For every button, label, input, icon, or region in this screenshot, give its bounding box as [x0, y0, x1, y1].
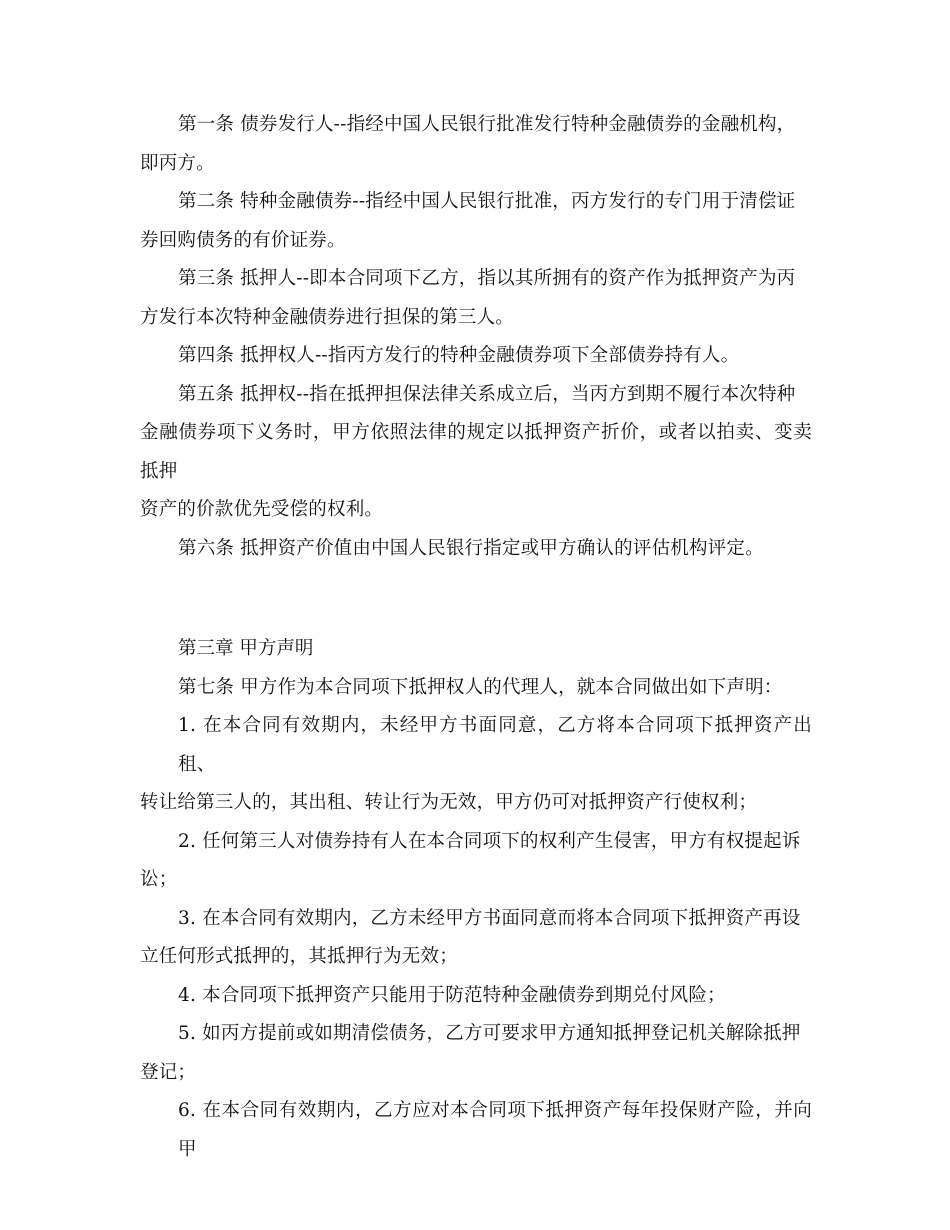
- article-1: 第一条 债券发行人--指经中国人民银行批准发行特种金融债券的金融机构， 即丙方。: [140, 106, 812, 183]
- article-5: 第五条 抵押权--指在抵押担保法律关系成立后，当丙方到期不履行本次特种 金融债券…: [140, 376, 812, 530]
- paragraph-line: 方发行本次特种金融债券进行担保的第三人。: [140, 299, 812, 338]
- paragraph-line: 3. 在本合同有效期内，乙方未经甲方书面同意而将本合同项下抵押资产再设: [140, 900, 812, 939]
- paragraph-line: 5. 如丙方提前或如期清偿债务，乙方可要求甲方通知抵押登记机关解除抵押: [140, 1015, 812, 1054]
- paragraph-line: 即丙方。: [140, 145, 812, 184]
- paragraph-line: 立任何形式抵押的，其抵押行为无效；: [140, 938, 812, 977]
- document-page: 第一条 债券发行人--指经中国人民银行批准发行特种金融债券的金融机构， 即丙方。…: [140, 106, 812, 1169]
- list-item-2: 2. 任何第三人对债券持有人在本合同项下的权利产生侵害，甲方有权提起诉 讼；: [140, 823, 812, 900]
- article-3: 第三条 抵押人--即本合同项下乙方，指以其所拥有的资产作为抵押资产为丙 方发行本…: [140, 260, 812, 337]
- article-2: 第二条 特种金融债券--指经中国人民银行批准，丙方发行的专门用于清偿证 券回购债…: [140, 183, 812, 260]
- paragraph-line: 资产的价款优先受偿的权利。: [140, 491, 812, 530]
- paragraph-line: 第七条 甲方作为本合同项下抵押权人的代理人，就本合同做出如下声明：: [140, 669, 812, 708]
- list-item-4: 4. 本合同项下抵押资产只能用于防范特种金融债券到期兑付风险；: [140, 977, 812, 1016]
- list-item-5: 5. 如丙方提前或如期清偿债务，乙方可要求甲方通知抵押登记机关解除抵押 登记；: [140, 1015, 812, 1092]
- paragraph-line: 券回购债务的有价证券。: [140, 222, 812, 261]
- paragraph-line: 2. 任何第三人对债券持有人在本合同项下的权利产生侵害，甲方有权提起诉: [140, 823, 812, 862]
- paragraph-line: 转让给第三人的，其出租、转让行为无效，甲方仍可对抵押资产行使权利；: [140, 784, 812, 823]
- article-6: 第六条 抵押资产价值由中国人民银行指定或甲方确认的评估机构评定。: [140, 530, 812, 569]
- paragraph-line: 第六条 抵押资产价值由中国人民银行指定或甲方确认的评估机构评定。: [140, 530, 812, 569]
- paragraph-line: 登记；: [140, 1054, 812, 1093]
- list-item-3: 3. 在本合同有效期内，乙方未经甲方书面同意而将本合同项下抵押资产再设 立任何形…: [140, 900, 812, 977]
- article-7: 第七条 甲方作为本合同项下抵押权人的代理人，就本合同做出如下声明：: [140, 669, 812, 708]
- paragraph-line: 金融债券项下义务时，甲方依照法律的规定以抵押资产折价，或者以拍卖、变卖抵押: [140, 414, 812, 491]
- article-4: 第四条 抵押权人--指丙方发行的特种金融债券项下全部债券持有人。: [140, 337, 812, 376]
- paragraph-line: 第三条 抵押人--即本合同项下乙方，指以其所拥有的资产作为抵押资产为丙: [140, 260, 812, 299]
- paragraph-line: 第四条 抵押权人--指丙方发行的特种金融债券项下全部债券持有人。: [140, 337, 812, 376]
- paragraph-line: 讼；: [140, 861, 812, 900]
- paragraph-line: 第一条 债券发行人--指经中国人民银行批准发行特种金融债券的金融机构，: [140, 106, 812, 145]
- chapter-heading: 第三章 甲方声明: [140, 630, 812, 669]
- paragraph-line: 4. 本合同项下抵押资产只能用于防范特种金融债券到期兑付风险；: [140, 977, 812, 1016]
- paragraph-line: 第二条 特种金融债券--指经中国人民银行批准，丙方发行的专门用于清偿证: [140, 183, 812, 222]
- list-item-1: 1. 在本合同有效期内，未经甲方书面同意，乙方将本合同项下抵押资产出租、 转让给…: [140, 707, 812, 823]
- paragraph-line: 6. 在本合同有效期内，乙方应对本合同项下抵押资产每年投保财产险，并向甲: [140, 1092, 812, 1169]
- section-spacer: [140, 568, 812, 630]
- list-item-6: 6. 在本合同有效期内，乙方应对本合同项下抵押资产每年投保财产险，并向甲: [140, 1092, 812, 1169]
- paragraph-line: 第五条 抵押权--指在抵押担保法律关系成立后，当丙方到期不履行本次特种: [140, 376, 812, 415]
- paragraph-line: 1. 在本合同有效期内，未经甲方书面同意，乙方将本合同项下抵押资产出租、: [140, 707, 812, 784]
